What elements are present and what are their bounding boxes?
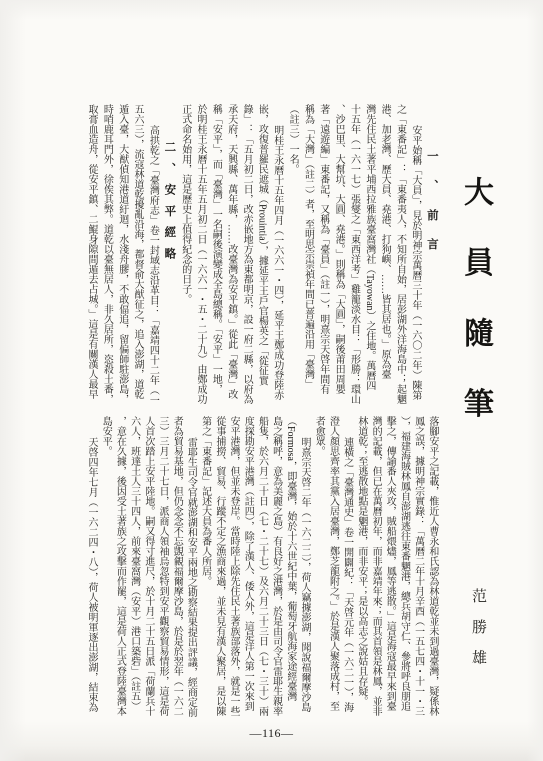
text-column: 明桂王永曆十五年四月（一六六一・四），延平王鄭成功登陸赤	[272, 104, 283, 406]
text-column: 度探勘安平港灣（註四），除了漢人、倭人外，這是洋人第一次來到	[242, 416, 253, 725]
text-column: 錄」：「五月初二日，改赤嵌地方為東都明京，設一府二縣，以府為	[241, 104, 252, 406]
text-column: 安平始稱「大員」，見於明神宗萬曆三十年（一六〇二年）陳第	[410, 104, 421, 406]
text-column: 灣先住民土著平埔西拉雅族臺窩灣社（Tayowan）之住地。萬曆四	[364, 104, 375, 406]
text-column: 遁入臺，大猷偵知港道紆迴，水淺舟膠，不敢偪追，留偏師駐澎島，	[117, 104, 128, 406]
text-column: 高拱乾之「臺灣府志」卷一封域志沿革目：「嘉靖四十二年（一	[147, 104, 158, 406]
text-column: 稱為「大灣」（註二）者，至明思宗崇禎年間已普遍沿用「臺灣」	[302, 104, 313, 406]
text-column: 人首次踏上安平陸地。嗣又得寸進尺，於十月二十五日派「荷蘭兵十	[143, 416, 154, 725]
text-column: 時哨鹿耳門外，徐俟其弊。道乾以臺無居人，非久居所，恣殺土番，	[101, 104, 112, 406]
text-column: 連橫之「臺灣通史」卷一開闢紀：「天啓元年（一六二一），海	[342, 416, 353, 725]
text-column: 者愈眾。	[313, 416, 324, 725]
text-column: （Formosa，即臺灣，始於十六世紀中葉，葡萄牙航海家途經臺灣	[285, 416, 296, 725]
text-column: 雷耶生司令官就澎湖和安平兩地之勘察結果提出評議，經商定前	[185, 416, 196, 725]
text-column: 林道乾；至逃散地點是魍港，而非安平；是以高志之說姑且存疑。	[356, 416, 367, 725]
text-column: 取膏血造舟，從安平鎮、二鯤身隙間遁去占城。」這是有關漢人最早	[86, 104, 97, 406]
text-column: 落腳安平之記載，惟近人曹永和氏認為林道乾並未到過臺灣，疑係林	[427, 416, 438, 725]
author-name: 范勝雄	[468, 588, 489, 680]
text-column: ），福建海賊林鳳自澎湖逃往東番魍港，總兵胡守仁、參將呼良朋追	[398, 416, 409, 725]
text-column: 之「東番記」：「東番夷人，不知所自始，居彭湖外洋海島中；起魍	[395, 104, 406, 406]
text-column: 三）三月二十七日，派商人領袖烏忽特到安平觀察貿易情形，這是荷	[157, 416, 168, 725]
text-column: 於明桂王永曆十五年五月初二日（一六六一・五・二十九）由鄭成功	[195, 104, 206, 406]
lower-text-register: 落腳安平之記載，惟近人曹永和氏認為林道乾並未到過臺灣，疑係林鳳之誤，據明神宗實錄…	[86, 416, 438, 725]
text-column: 一、前言	[425, 104, 438, 406]
text-column: 島之稱呼，意為美麗之島）有良好之港灣，於是由司令官雷耶生親率	[271, 416, 282, 725]
text-column: 二、安平經略	[163, 104, 176, 406]
text-column: 安平港灣，但並未登岸。當時陸上除先住民土著族部落外，就是一些	[228, 416, 239, 725]
upper-text-register: 一、前言安平始稱「大員」，見於明神宗萬曆三十年（一六〇二年）陳第之「東番記」：「…	[86, 104, 438, 406]
book-page: 大員隨筆 范勝雄 一、前言安平始稱「大員」，見於明神宗萬曆三十年（一六〇二年）陳…	[0, 0, 543, 761]
text-column: 鳳之誤，據明神宗實錄：「萬曆二年十月辛酉（一五七四・十一・三	[413, 416, 424, 725]
text-column: 五六三），流寇林道乾擾亂沿海，都督俞大猷征之，追入澎湖，道乾	[132, 104, 143, 406]
text-column: （註三）一名。	[287, 104, 298, 406]
text-column: 稱「安平」，而「臺灣」一名嗣後演變成全島總稱。「安平」一地，	[210, 104, 221, 406]
page-number: —116—	[249, 726, 293, 741]
text-column: 從事捕撈、貿易、行蹤不定之漁商來過，並未見有漢人聚居，是以陳	[214, 416, 225, 725]
text-column: 船隻，於六月二十日（七・二十七）及六月二十三日（七・三十）兩	[256, 416, 267, 725]
text-column: 承天府，天興縣、萬年縣，……改臺灣為安平鎮。」從此「臺灣」改	[226, 104, 237, 406]
book-title: 大員隨筆	[453, 176, 497, 458]
text-column: 灣的記載，但已在萬曆初年，而非嘉靖年來；而其首領是林鳳，並非	[370, 416, 381, 725]
text-column: 島安平。	[100, 416, 111, 725]
text-column: 、沙巴里、大幫坑、大圓、堯港。」則稱為「大圓」，嗣後莆田周嬰	[333, 104, 344, 406]
text-column: ，意在久據，後因受土著族之攻擊而作罷，這是荷人正式登陸臺灣本	[114, 416, 125, 725]
text-column: 明熹宗天啓二年（一六二二），荷人竊據澎湖，聞說福爾摩沙島	[299, 416, 310, 725]
text-column: 六人，班達土人三十四人，前來臺窩灣（安平）港口築砦」（註五）	[129, 416, 140, 725]
text-column: 者為貿易基地，但仍念念不忘覬覦福爾摩沙島，於是於翌年（一六二	[171, 416, 182, 725]
text-column: 澄人顏思齊率其黨入居臺灣，鄭芝龍附之。」於是漢人聚落成村，至	[327, 416, 338, 725]
text-column: 著「遠遊編」東番記，又稱為「臺員」（註一），明熹宗天啓年間有	[318, 104, 329, 406]
text-column: 港、加老灣、歷大員、堯港、打狗嶼、……皆其居也。」原為臺	[379, 104, 390, 406]
text-column: 第之「東番記」記述大員為番人所居。	[200, 416, 211, 725]
text-column: 擊之，傳諭番人夾攻，賊船煨燼，鳳等逃散。」這是海寇最早來到臺	[384, 416, 395, 725]
text-column: 正式命名始用，這是歷史上值得紀念的日子。	[180, 104, 191, 406]
text-column: 嵌，攻復普羅民遮城（Prouintia），據延平王戶官楊英之「從征實	[256, 104, 267, 406]
text-column: 天啓四年七月（一六二四・八），荷人被明軍逐出澎湖，結束為	[86, 416, 97, 725]
text-column: 十五年（一六一七）張燮之「東西洋考」雞籠淡水目：「形勝：環山	[348, 104, 359, 406]
